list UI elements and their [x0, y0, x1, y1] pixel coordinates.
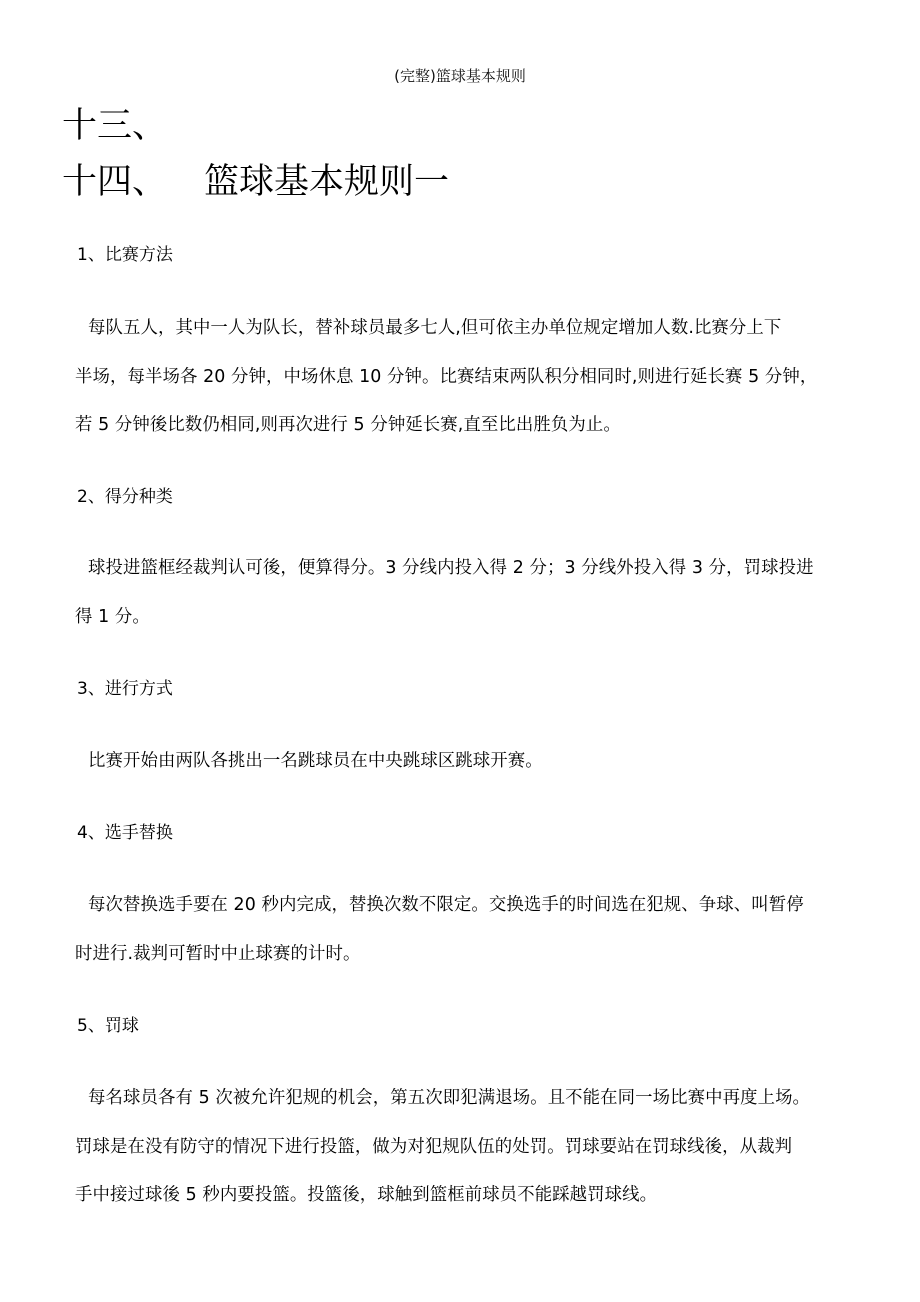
text-line: 比赛开始由两队各挑出一名跳球员在中央跳球区跳球开赛。 [62, 737, 862, 786]
section-title-4: 4、选手替换 [77, 821, 173, 845]
section-title-1: 1、比赛方法 [77, 243, 173, 267]
heading-13: 十三、 [62, 104, 167, 148]
section-title-5: 5、罚球 [77, 1014, 139, 1038]
heading-14: 十四、篮球基本规则一 [62, 160, 449, 204]
section-body-4: 每次替换选手要在 20 秒内完成，替换次数不限定。交换选手的时间选在犯规、争球、… [62, 881, 862, 978]
page-header: (完整)篮球基本规则 [0, 66, 920, 86]
text-line: 每次替换选手要在 20 秒内完成，替换次数不限定。交换选手的时间选在犯规、争球、… [62, 881, 862, 930]
heading-title: 篮球基本规则一 [204, 162, 449, 202]
text-line: 得 1 分。 [62, 593, 862, 642]
text-line: 半场，每半场各 20 分钟，中场休息 10 分钟。比赛结束两队积分相同时,则进行… [62, 353, 862, 402]
text-line: 手中接过球後 5 秒内要投篮。投篮後，球触到篮框前球员不能踩越罚球线。 [62, 1171, 862, 1220]
text-line: 罚球是在没有防守的情况下进行投篮，做为对犯规队伍的处罚。罚球要站在罚球线後，从裁… [62, 1123, 862, 1172]
text-line: 球投进篮框经裁判认可後，便算得分。3 分线内投入得 2 分；3 分线外投入得 3… [62, 544, 862, 593]
text-line: 时进行.裁判可暂时中止球赛的计时。 [62, 930, 862, 979]
section-body-2: 球投进篮框经裁判认可後，便算得分。3 分线内投入得 2 分；3 分线外投入得 3… [62, 544, 862, 641]
section-body-5: 每名球员各有 5 次被允许犯规的机会，第五次即犯满退场。且不能在同一场比赛中再度… [62, 1074, 862, 1220]
section-body-1: 每队五人，其中一人为队长，替补球员最多七人,但可依主办单位规定增加人数.比赛分上… [62, 304, 862, 450]
section-title-2: 2、得分种类 [77, 485, 173, 509]
text-line: 每队五人，其中一人为队长，替补球员最多七人,但可依主办单位规定增加人数.比赛分上… [62, 304, 862, 353]
text-line: 每名球员各有 5 次被允许犯规的机会，第五次即犯满退场。且不能在同一场比赛中再度… [62, 1074, 862, 1123]
heading-number: 十四、 [62, 160, 204, 204]
text-line: 若 5 分钟後比数仍相同,则再次进行 5 分钟延长赛,直至比出胜负为止。 [62, 401, 862, 450]
section-body-3: 比赛开始由两队各挑出一名跳球员在中央跳球区跳球开赛。 [62, 737, 862, 786]
heading-number: 十三、 [62, 106, 167, 146]
section-title-3: 3、进行方式 [77, 677, 173, 701]
